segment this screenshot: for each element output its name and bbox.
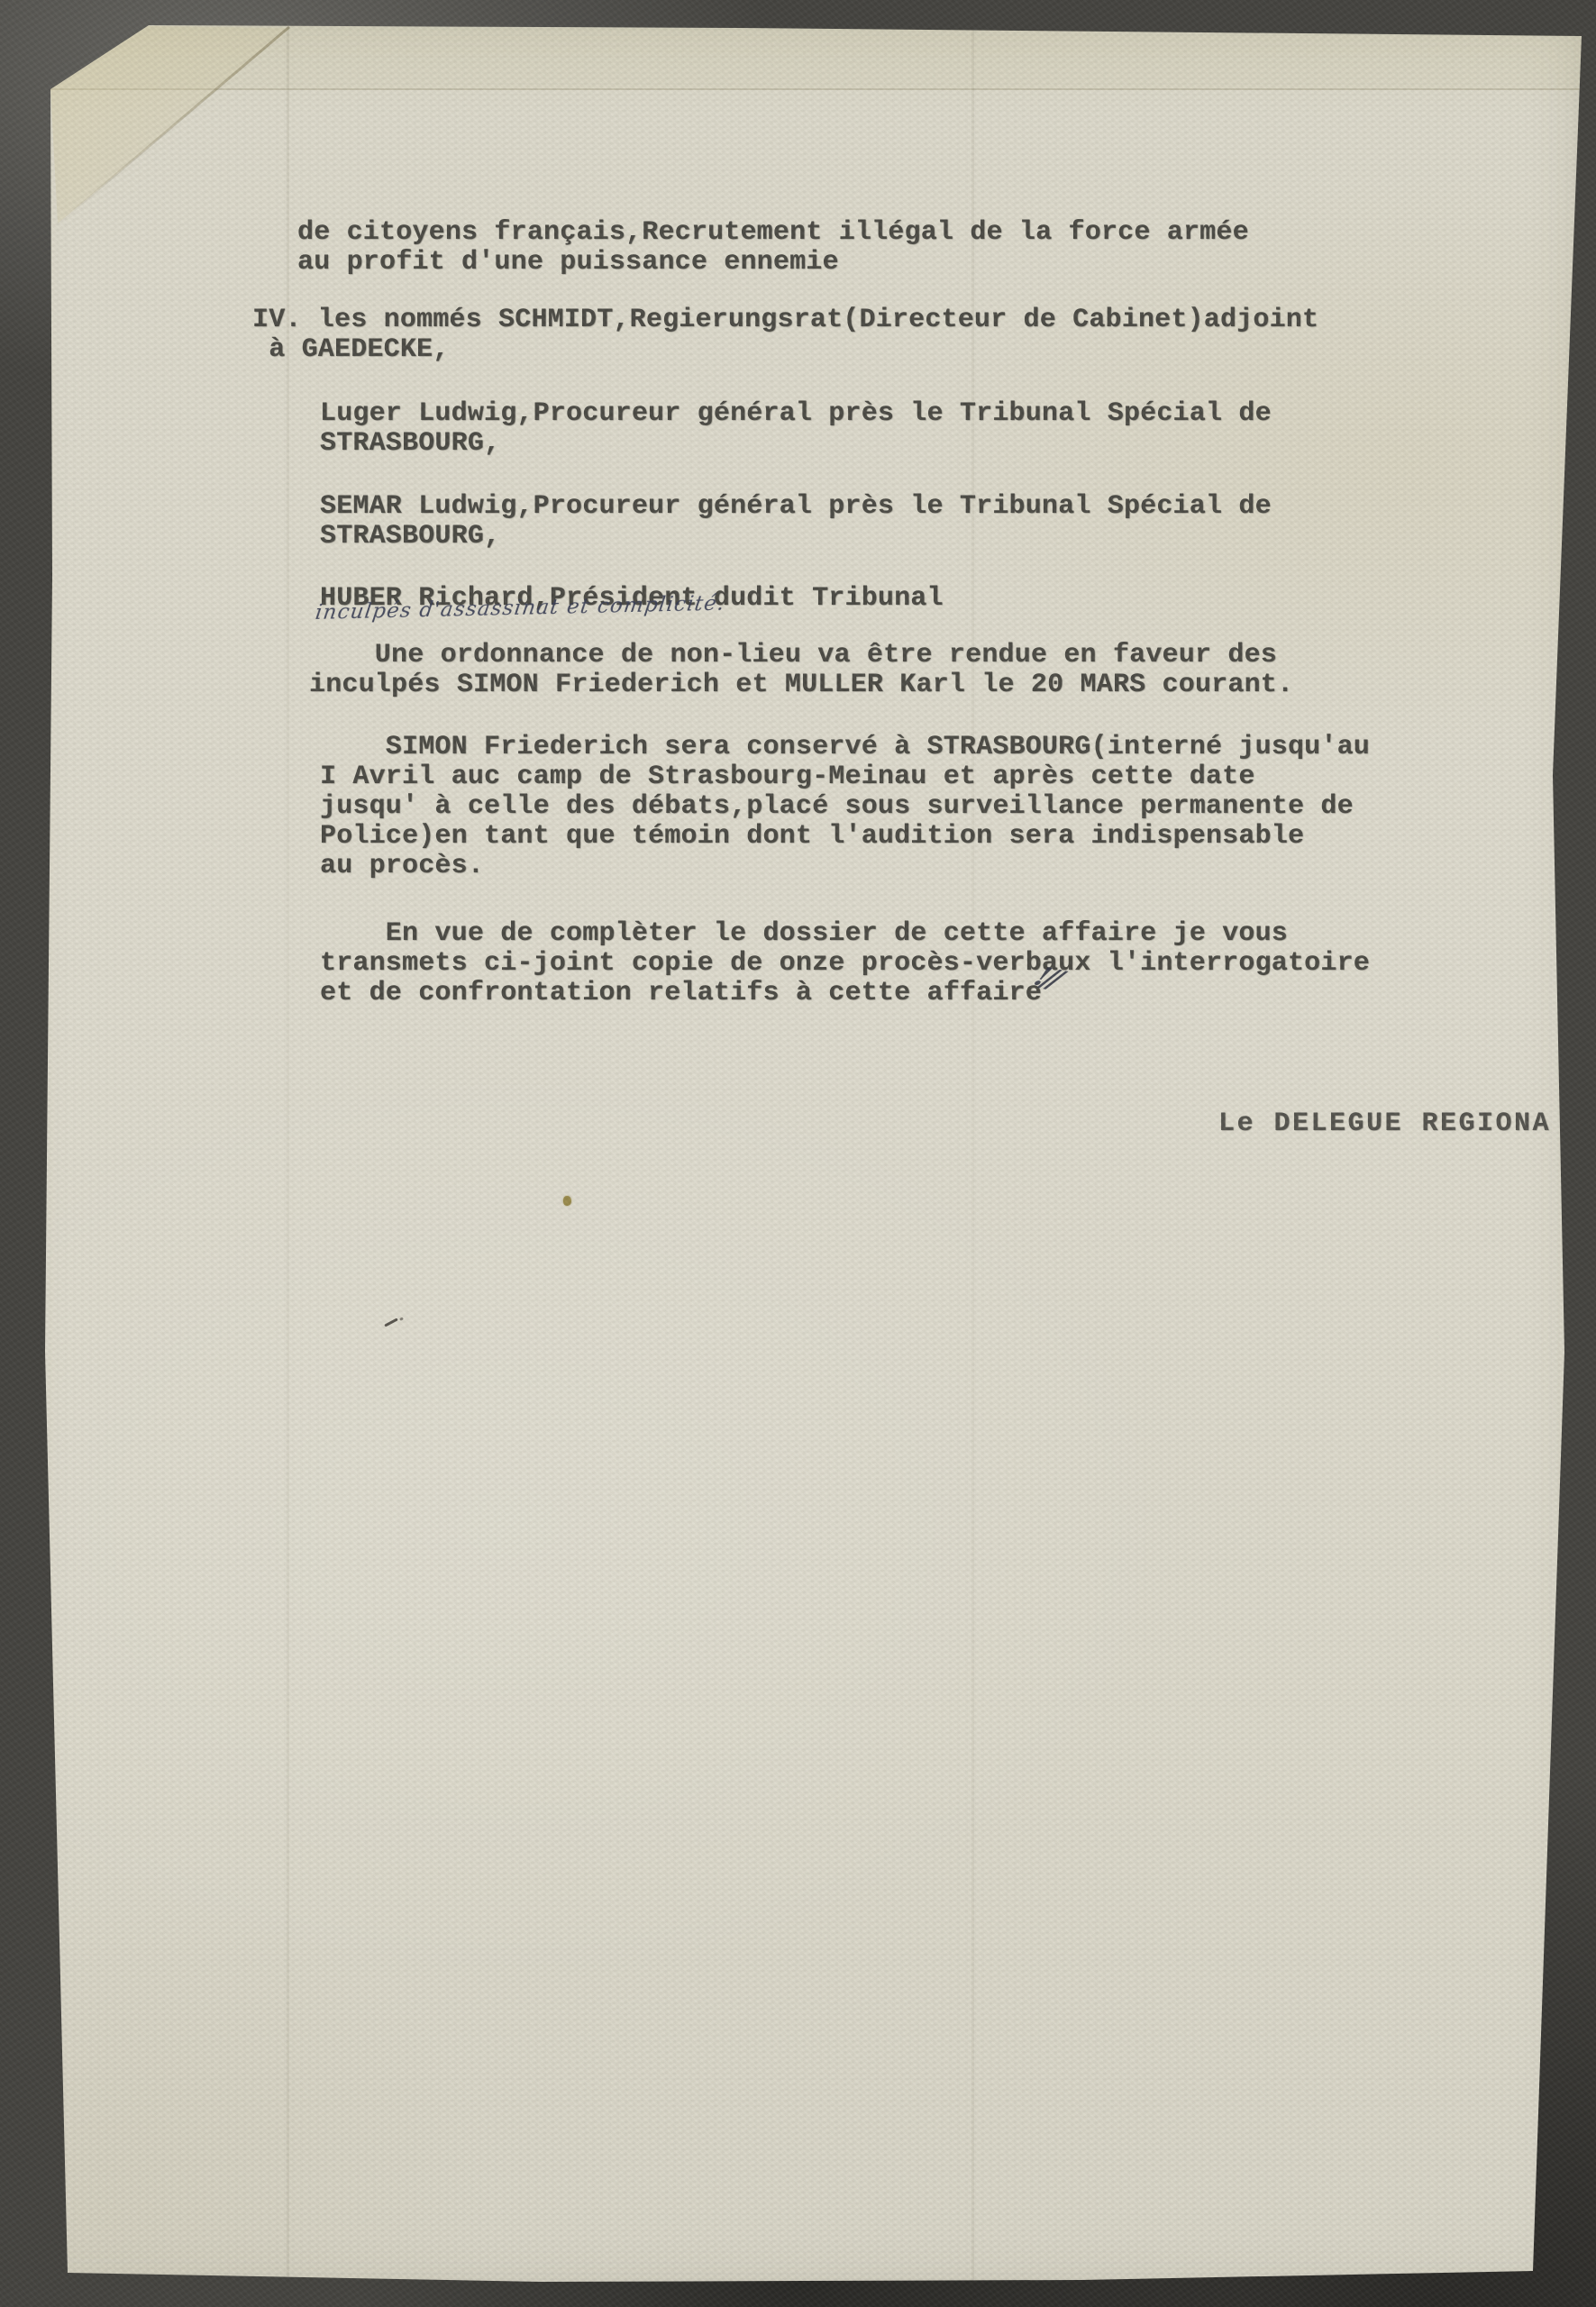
typed-paragraph-luger: Luger Ludwig,Procureur général près le T…	[320, 399, 1272, 459]
document-page: de citoyens français,Recrutement illégal…	[0, 0, 1596, 2307]
vertical-crease	[971, 27, 974, 2280]
corner-fold	[0, 0, 306, 243]
signature-line: Le DELEGUE REGIONA	[1218, 1109, 1551, 1139]
typed-paragraph-section-iv: IV. les nommés SCHMIDT,Regierungsrat(Dir…	[252, 305, 1318, 365]
scan-background: de citoyens français,Recrutement illégal…	[0, 0, 1596, 2307]
stain-dot	[563, 1196, 571, 1206]
typed-paragraph-simon: SIMON Friederich sera conservé à STRASBO…	[320, 733, 1370, 881]
vertical-crease	[287, 27, 289, 2280]
typed-paragraph-ordonnance: Une ordonnance de non-lieu va être rendu…	[309, 641, 1293, 700]
pen-speck	[384, 1318, 398, 1327]
typed-paragraph-charges: de citoyens français,Recrutement illégal…	[297, 218, 1249, 278]
typed-paragraph-closing: En vue de complèter le dossier de cette …	[320, 919, 1370, 1008]
typed-paragraph-semar: SEMAR Ludwig,Procureur général près le T…	[320, 492, 1272, 552]
